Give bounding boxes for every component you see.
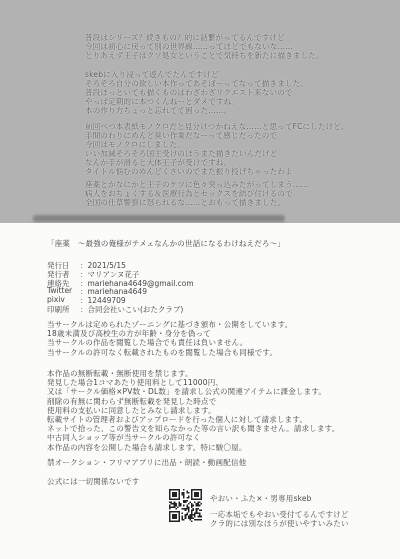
- info-value: ：合同会社いこい(おたクラブ): [80, 304, 183, 315]
- zoning-notice: 当サークルは定められたゾーニングに基づき頒布・公開をしています。 18歳未満及び…: [47, 320, 292, 357]
- info-label: 印刷所: [47, 304, 80, 315]
- book-title: 「座薬 ～最強の俺様がテメェなんかの世話になるわけねえだろ～」: [47, 239, 285, 248]
- official-disclaimer: 公式には一切関係ないです: [47, 477, 139, 486]
- skeb-heading: やおい・ふた×・男専用skeb: [210, 493, 312, 504]
- skeb-note: 一応本垢でもやおい受付てるんですけど クラ的には別なほうが使いやすいみたい: [210, 510, 349, 528]
- qr-code-icon: [169, 489, 202, 522]
- reprint-warning: 本作品の無断転載・無断使用を禁じます。 発見した場合1コマあたり使用料として11…: [47, 369, 339, 452]
- page-edge-shadow: [33, 215, 285, 222]
- afterword-paragraph-3: 前回べつ本表紙モノクロだと見分けつかねえな……と思ってFCにしたけど、 手間のわ…: [85, 123, 349, 176]
- info-row-printer: 印刷所：合同会社いこい(おたクラブ): [47, 304, 183, 315]
- afterword-paragraph-4: 座薬とかなにかと王子のケツに色々突っ込みたがってしまう…… 病人をおちょくする＆…: [85, 181, 308, 208]
- scanned-page: 普段はシリーズ？続きもの？的に話繋がってるんですけど 今回は初心に戻って別の世界…: [0, 0, 400, 559]
- afterword-paragraph-1: 普段はシリーズ？続きもの？的に話繋がってるんですけど 今回は初心に戻って別の世界…: [85, 34, 324, 61]
- afterword-paragraph-2: skebに入り浸って遊んでたんですけど そろそろ自分の欲しい本作ってあそぼーって…: [85, 71, 308, 116]
- prohibition-line: 禁オークション・フリマアプリに出品・朗読・動画配信他: [47, 458, 246, 467]
